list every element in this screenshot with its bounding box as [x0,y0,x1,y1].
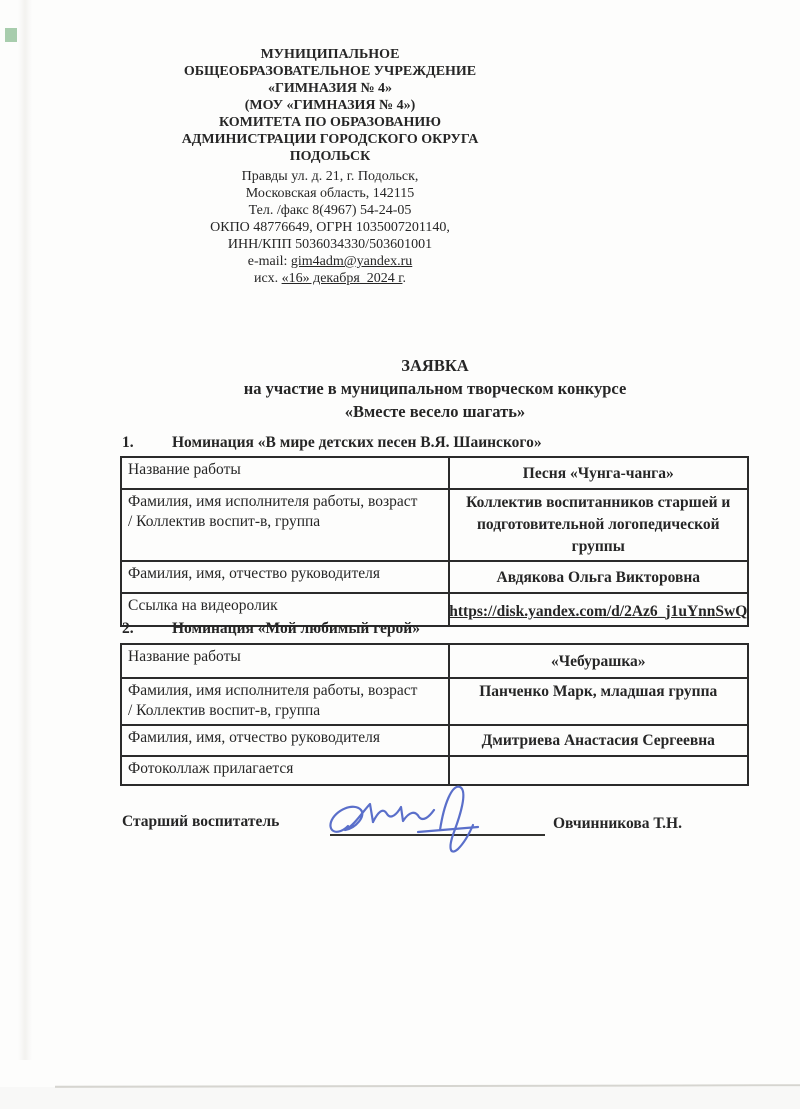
work-title-value: «Чебурашка» [450,645,748,677]
section2-number: 2. [122,620,172,638]
work-title-value: Песня «Чунга-чанга» [450,458,748,488]
address-block: Правды ул. д. 21, г. Подольск, Московска… [110,168,550,287]
section1-title: Номинация «В мире детских песен В.Я. Шаи… [172,434,542,451]
ref-label: исх. [254,271,282,286]
nomination2-table: Название работы «Чебурашка» Фамилия, имя… [120,643,749,786]
region-postcode: Московская область, 142115 [110,185,550,202]
supervisor-value: Дмитриева Анастасия Сергеевна [450,726,748,755]
nomination1-table: Название работы Песня «Чунга-чанга» Фами… [120,456,749,627]
signatory-role: Старший воспитатель [122,813,279,831]
table-row: Название работы «Чебурашка» [122,645,747,677]
green-scan-artifact [5,28,17,42]
table-row: Название работы Песня «Чунга-чанга» [122,458,747,488]
table-row: Фамилия, имя, отчество руководителя Авдя… [122,560,747,592]
org-name-line: АДМИНИСТРАЦИИ ГОРОДСКОГО ОКРУГА [110,131,550,148]
org-name-line: «ГИМНАЗИЯ № 4» [110,80,550,97]
row-label: Фамилия, имя, отчество руководителя [122,562,450,592]
table-row: Фамилия, имя, отчество руководителя Дмит… [122,724,747,755]
org-name-block: МУНИЦИПАЛЬНОЕ ОБЩЕОБРАЗОВАТЕЛЬНОЕ УЧРЕЖД… [110,46,550,165]
email-label: e-mail: [248,254,291,269]
table-row: Фамилия, имя исполнителя работы, возраст… [122,488,747,560]
video-url-link[interactable]: https://disk.yandex.com/d/2Az6_j1uYnnSwQ [450,594,748,625]
section2-heading: 2.Номинация «Мой любимый герой» [122,620,420,638]
ref-suffix: . [402,271,406,286]
row-label: Фамилия, имя, отчество руководителя [122,726,450,755]
row-label: Название работы [122,458,450,488]
performer-value: Коллектив воспитанников старшей и подгот… [450,490,748,560]
outgoing-ref-line: исх. «16» декабря 2024 г. [110,270,550,287]
row-label: Фамилия, имя исполнителя работы, возраст… [122,490,450,560]
supervisor-value: Авдякова Ольга Викторовна [450,562,748,592]
section2-title: Номинация «Мой любимый герой» [172,620,420,637]
row-label: Фамилия, имя исполнителя работы, возраст… [122,679,450,724]
scan-streak-artifact [18,0,32,1060]
org-name-line: ОБЩЕОБРАЗОВАТЕЛЬНОЕ УЧРЕЖДЕНИЕ [110,63,550,80]
org-name-line: (МОУ «ГИМНАЗИЯ № 4») [110,97,550,114]
handwritten-signature [318,780,558,860]
email-line: e-mail: gim4adm@yandex.ru [110,253,550,270]
email-address-link[interactable]: gim4adm@yandex.ru [291,254,412,269]
document-title-block: ЗАЯВКА на участие в муниципальном творче… [120,354,750,423]
inn-kpp: ИНН/КПП 5036034330/503601001 [110,236,550,253]
row-label: Название работы [122,645,450,677]
scanned-document-page: МУНИЦИПАЛЬНОЕ ОБЩЕОБРАЗОВАТЕЛЬНОЕ УЧРЕЖД… [0,0,800,1109]
street-address: Правды ул. д. 21, г. Подольск, [110,168,550,185]
document-subtitle: на участие в муниципальном творческом ко… [120,377,750,400]
ref-date: «16» декабря 2024 г [282,271,403,286]
org-name-line: МУНИЦИПАЛЬНОЕ [110,46,550,63]
letterhead: МУНИЦИПАЛЬНОЕ ОБЩЕОБРАЗОВАТЕЛЬНОЕ УЧРЕЖД… [110,46,550,287]
table-row: Фамилия, имя исполнителя работы, возраст… [122,677,747,724]
performer-value: Панченко Марк, младшая группа [450,679,748,724]
okpo-ogrn: ОКПО 48776649, ОГРН 1035007201140, [110,219,550,236]
org-name-line: КОМИТЕТА ПО ОБРАЗОВАНИЮ [110,114,550,131]
signatory-name: Овчинникова Т.Н. [553,815,682,833]
org-name-line: ПОДОЛЬСК [110,148,550,165]
phone-fax: Тел. /факс 8(4967) 54-24-05 [110,202,550,219]
contest-name: «Вместе весело шагать» [120,400,750,423]
section1-number: 1. [122,434,172,452]
scanner-background [0,1087,800,1109]
section1-heading: 1.Номинация «В мире детских песен В.Я. Ш… [122,434,542,452]
document-title: ЗАЯВКА [120,354,750,377]
